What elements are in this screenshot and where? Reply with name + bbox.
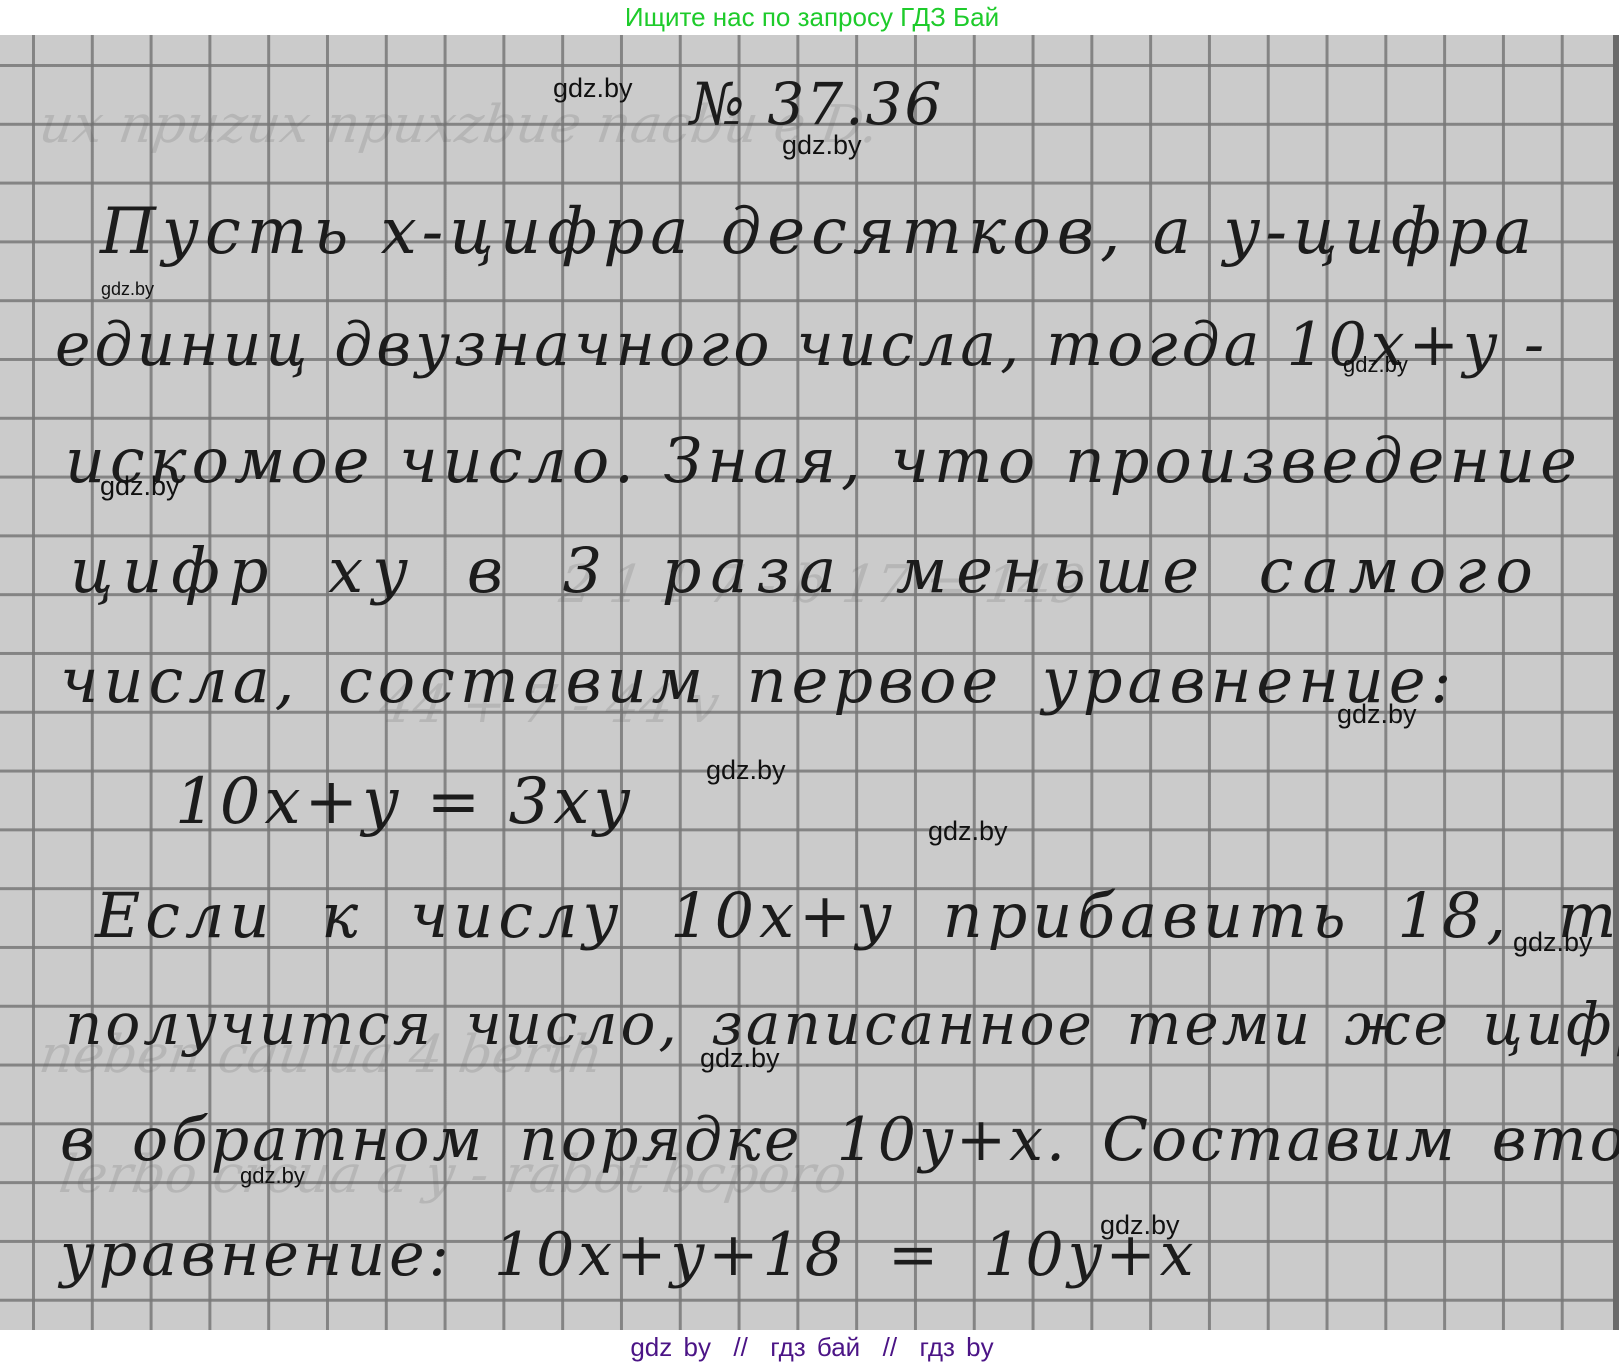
solution-line-4: цифр xy в 3 раза меньше самого	[70, 540, 1542, 602]
task-number: № 37.36	[690, 75, 943, 133]
top-banner-text: Ищите нас по запросу ГДЗ Бай	[625, 2, 999, 33]
solution-line-9: в обратном порядке 10y+x. Составим второ…	[60, 1110, 1619, 1170]
watermark: gdz.by	[100, 473, 180, 500]
watermark: gdz.by	[240, 1165, 305, 1187]
solution-line-3: искомое число. Зная, что произведение	[65, 430, 1582, 492]
watermark: gdz.by	[101, 280, 154, 298]
watermark: gdz.by	[928, 818, 1008, 845]
watermark: gdz.by	[706, 757, 786, 784]
watermark: gdz.by	[1513, 929, 1593, 956]
watermark: gdz.by	[782, 132, 862, 159]
bottom-banner-text: gdz by // гдз бай // гдз by	[630, 1332, 993, 1363]
notebook-page-photo: ux npuzux npuxzbue nacbu e D. 2 1 1 7 - …	[0, 35, 1619, 1330]
equation-1: 10x+y = 3xy	[175, 770, 634, 834]
watermark: gdz.by	[553, 75, 633, 102]
watermark: gdz.by	[1337, 701, 1417, 728]
top-banner: Ищите нас по запросу ГДЗ Бай	[0, 0, 1624, 35]
watermark: gdz.by	[1343, 354, 1408, 376]
solution-line-1: Пусть x-цифра десятков, а y-цифра	[100, 200, 1538, 264]
watermark: gdz.by	[700, 1045, 780, 1072]
solution-line-7: Если к числу 10x+y прибавить 18, то	[95, 885, 1619, 947]
bottom-banner: gdz by // гдз бай // гдз by	[0, 1330, 1624, 1365]
solution-line-5: числа, составим первое уравнение:	[60, 650, 1456, 712]
solution-line-2: единиц двузначного числа, тогда 10x+y -	[55, 315, 1548, 375]
solution-line-8: получится число, записанное теми же цифр…	[65, 995, 1619, 1053]
watermark: gdz.by	[1100, 1212, 1180, 1239]
equation-2: уравнение: 10x+y+18 = 10y+x	[60, 1225, 1198, 1285]
